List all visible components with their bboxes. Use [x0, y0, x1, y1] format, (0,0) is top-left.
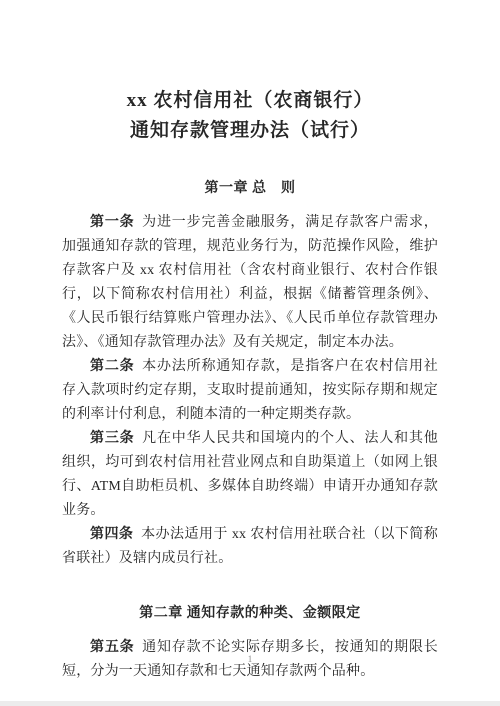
- document-page: xx 农村信用社（农商银行） 通知存款管理办法（试行） 第一章 总 则第一条为进…: [0, 0, 500, 706]
- article-number-label: 第三条: [90, 431, 134, 446]
- chapter-heading: 第一章 总 则: [62, 180, 438, 198]
- article-number-label: 第五条: [90, 640, 134, 655]
- article-paragraph: 第三条凡在中华人民共和国境内的个人、法人和其他组织，均可到农村信用社营业网点和自…: [62, 427, 438, 523]
- document-body: 第一章 总 则第一条为进一步完善金融服务，满足存款客户需求，加强通知存款的管理，…: [62, 180, 438, 684]
- page-bottom-edge: [0, 701, 500, 706]
- article-number-label: 第二条: [90, 359, 134, 374]
- article-number-label: 第一条: [90, 215, 134, 230]
- article-paragraph: 第二条本办法所称通知存款，是指客户在农村信用社存入款项时约定存期，支取时提前通知…: [62, 355, 438, 427]
- article-number-label: 第四条: [90, 527, 133, 542]
- page-number: 1: [0, 654, 500, 664]
- article-paragraph: 第四条本办法适用于 xx 农村信用社联合社（以下简称省联社）及辖内成员行社。: [62, 523, 438, 571]
- document-title-line1: xx 农村信用社（农商银行）: [62, 86, 438, 116]
- chapter-heading: 第二章 通知存款的种类、金额限定: [62, 605, 438, 623]
- document-title-line2: 通知存款管理办法（试行）: [62, 116, 438, 146]
- document-title: xx 农村信用社（农商银行） 通知存款管理办法（试行）: [62, 86, 438, 146]
- article-paragraph: 第一条为进一步完善金融服务，满足存款客户需求，加强通知存款的管理，规范业务行为，…: [62, 211, 438, 355]
